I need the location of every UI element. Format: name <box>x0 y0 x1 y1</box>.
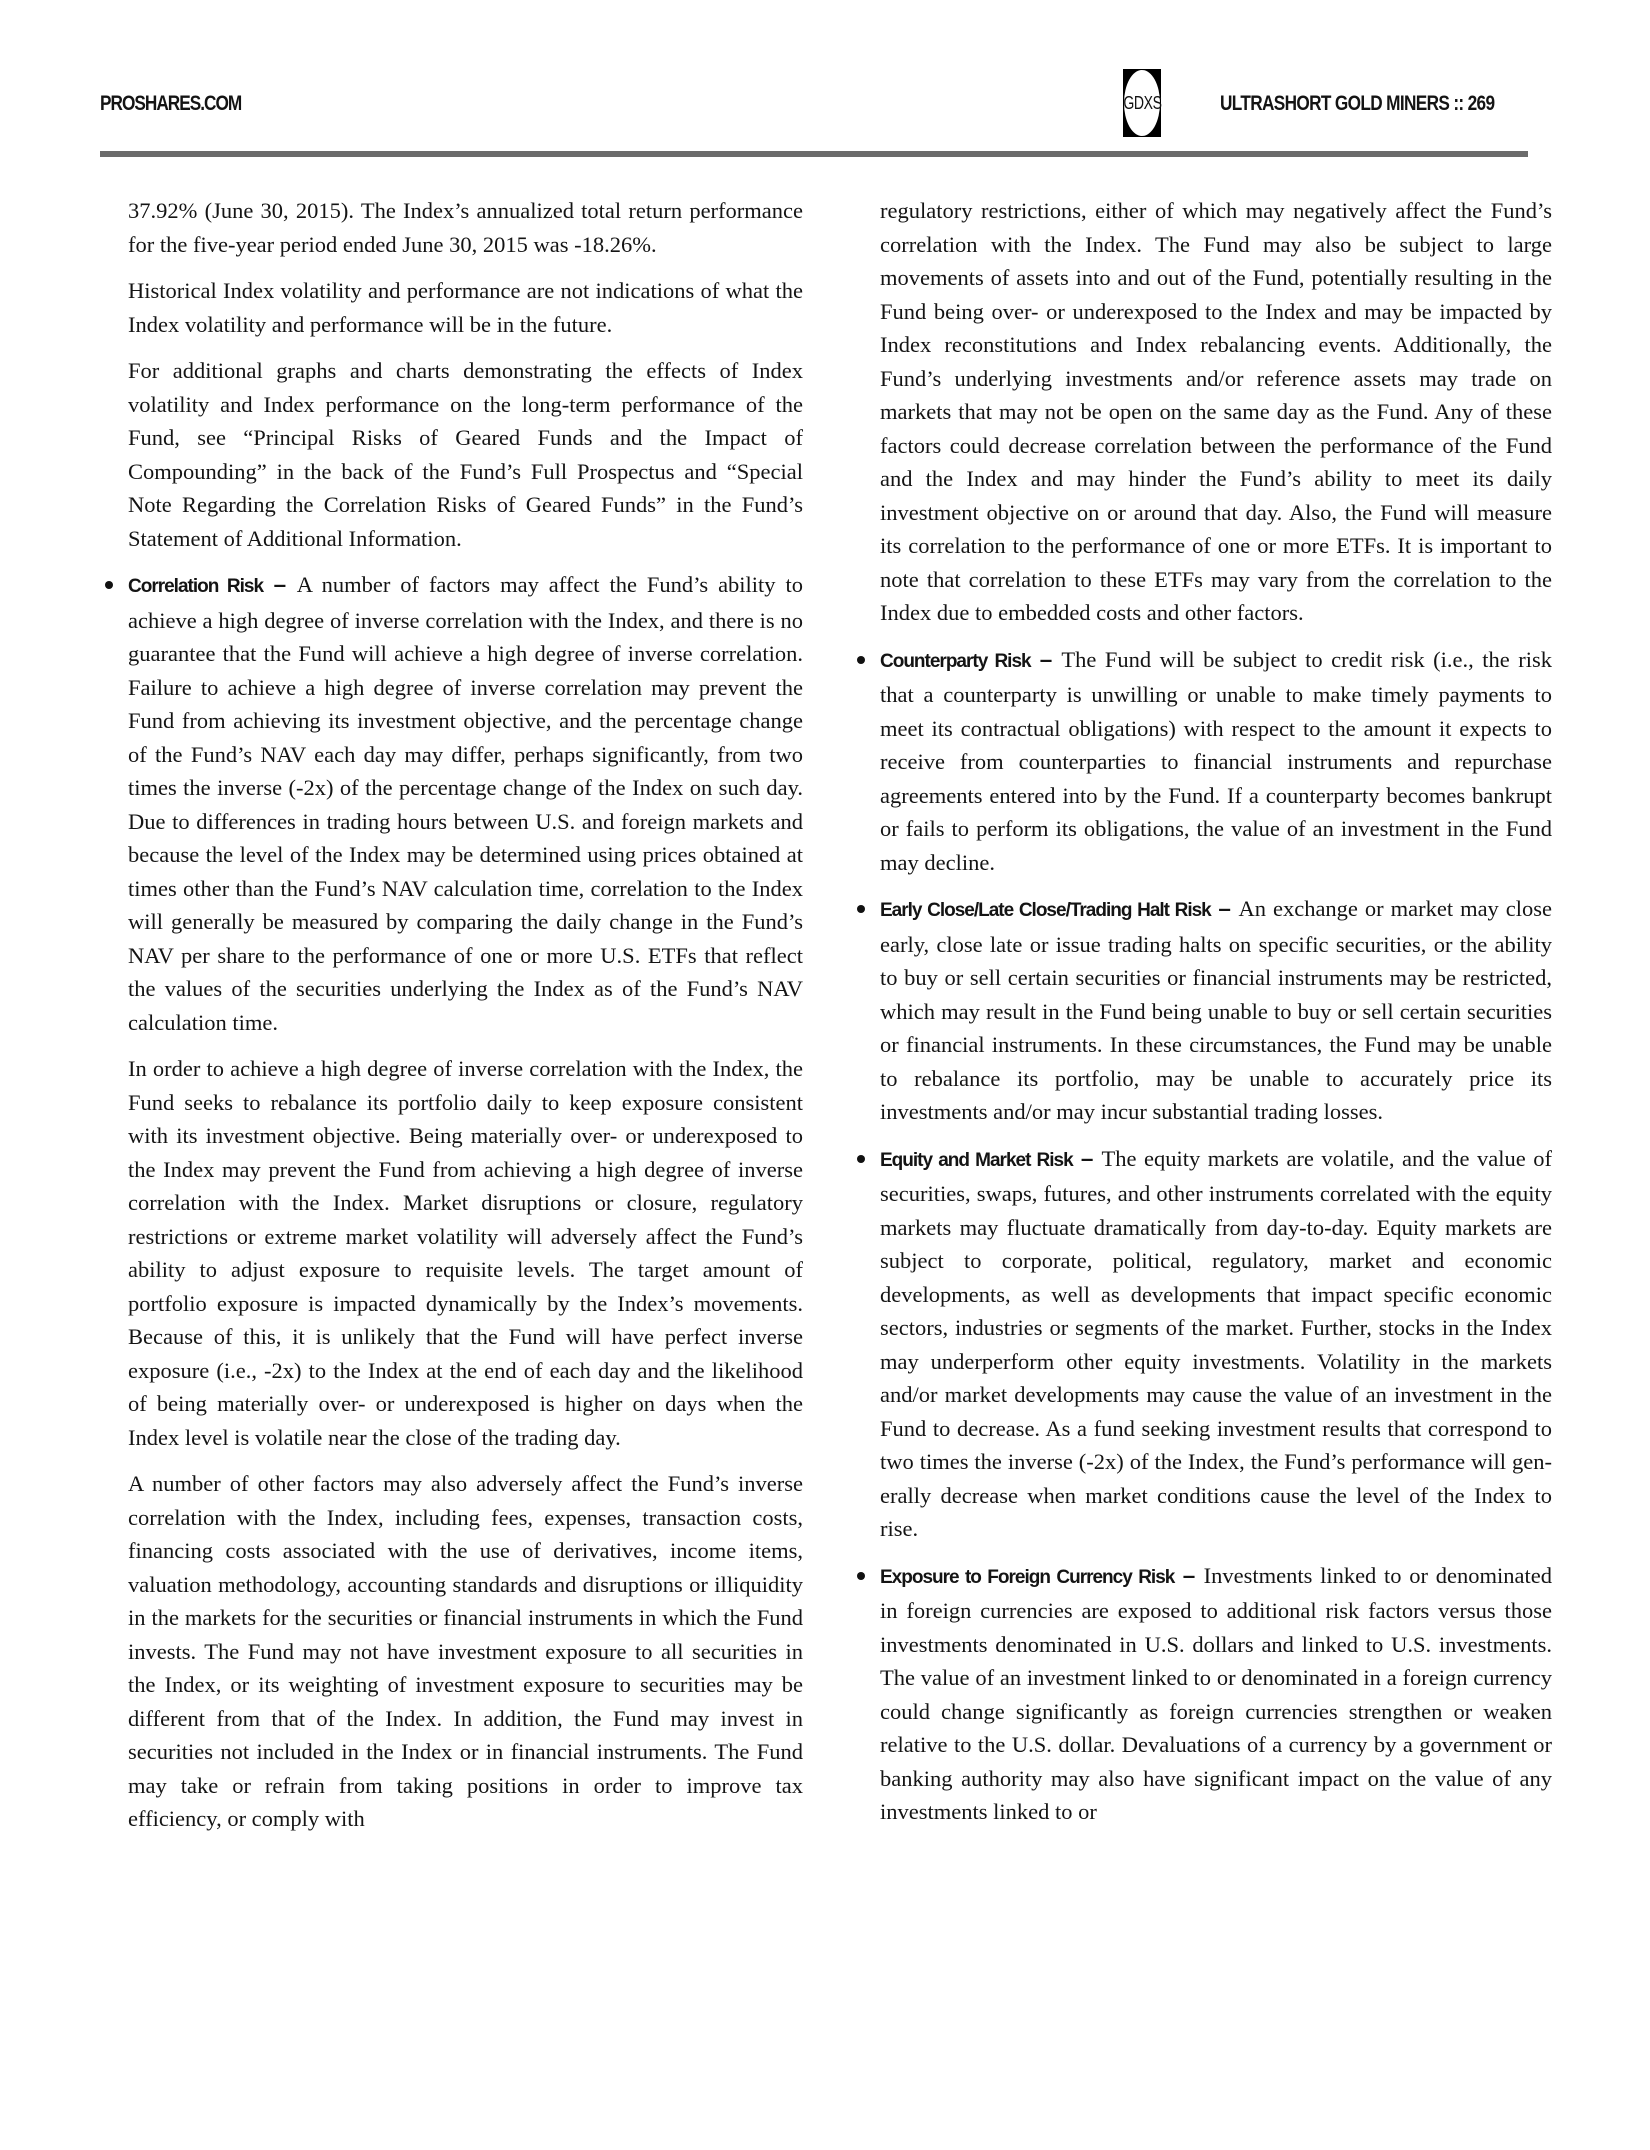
risk-item-correlation: Correlation Risk – A number of factors m… <box>128 568 803 1039</box>
paragraph: In order to achieve a high degree of inv… <box>128 1052 803 1454</box>
ticker-badge: GDXS <box>1124 70 1160 136</box>
risk-item-counterparty: Counterparty Risk – The Fund will be sub… <box>880 643 1552 880</box>
ticker-badge-label: GDXS <box>1123 93 1161 114</box>
risk-title: Early Close/Late Close/Trading Halt Risk <box>880 900 1211 921</box>
paragraph: 37.92% (June 30, 2015). The Index’s annu… <box>128 194 803 261</box>
risk-body: The Fund will be subject to credit risk … <box>880 647 1552 875</box>
paragraph: A number of other factors may also adver… <box>128 1467 803 1836</box>
right-column: regulatory restrictions, either of which… <box>880 194 1552 1842</box>
site-url: PROSHARES.COM <box>100 92 241 116</box>
bullet-icon <box>105 581 113 589</box>
risk-body: The equity markets are volatile, and the… <box>880 1146 1552 1542</box>
paragraph: For additional graphs and charts demonst… <box>128 354 803 555</box>
risk-item-early-close: Early Close/Late Close/Trading Halt Risk… <box>880 892 1552 1129</box>
bullet-icon <box>857 656 865 664</box>
risk-dash: – <box>1031 647 1062 672</box>
risk-dash: – <box>1174 1563 1203 1588</box>
fund-title: ULTRASHORT GOLD MINERS :: 269 <box>1220 92 1494 116</box>
risk-item-foreign-currency: Exposure to Foreign Currency Risk – Inve… <box>880 1559 1552 1829</box>
title-separator: :: <box>1449 92 1467 115</box>
fund-name: ULTRASHORT GOLD MINERS <box>1220 92 1449 115</box>
risk-dash: – <box>263 572 297 597</box>
risk-title: Correlation Risk <box>128 576 263 597</box>
page-number: 269 <box>1468 92 1495 115</box>
paragraph-continuation: regulatory restrictions, either of which… <box>880 194 1552 630</box>
risk-title: Counterparty Risk <box>880 651 1031 672</box>
risk-dash: – <box>1211 896 1239 921</box>
risk-dash: – <box>1073 1146 1102 1171</box>
risk-item-equity-market: Equity and Market Risk – The equity mark… <box>880 1142 1552 1546</box>
bullet-icon <box>857 1572 865 1580</box>
risk-body: An exchange or market may close early, c… <box>880 896 1552 1124</box>
bullet-icon <box>857 1155 865 1163</box>
risk-body: Investments linked to or denominated in … <box>880 1563 1552 1825</box>
paragraph: Historical Index volatility and performa… <box>128 274 803 341</box>
risk-title: Exposure to Foreign Currency Risk <box>880 1567 1174 1588</box>
header-rule <box>100 151 1528 157</box>
risk-body: A number of factors may affect the Fund’… <box>128 572 803 1035</box>
bullet-icon <box>857 905 865 913</box>
left-column: 37.92% (June 30, 2015). The Index’s annu… <box>128 194 803 1849</box>
risk-title: Equity and Market Risk <box>880 1150 1073 1171</box>
